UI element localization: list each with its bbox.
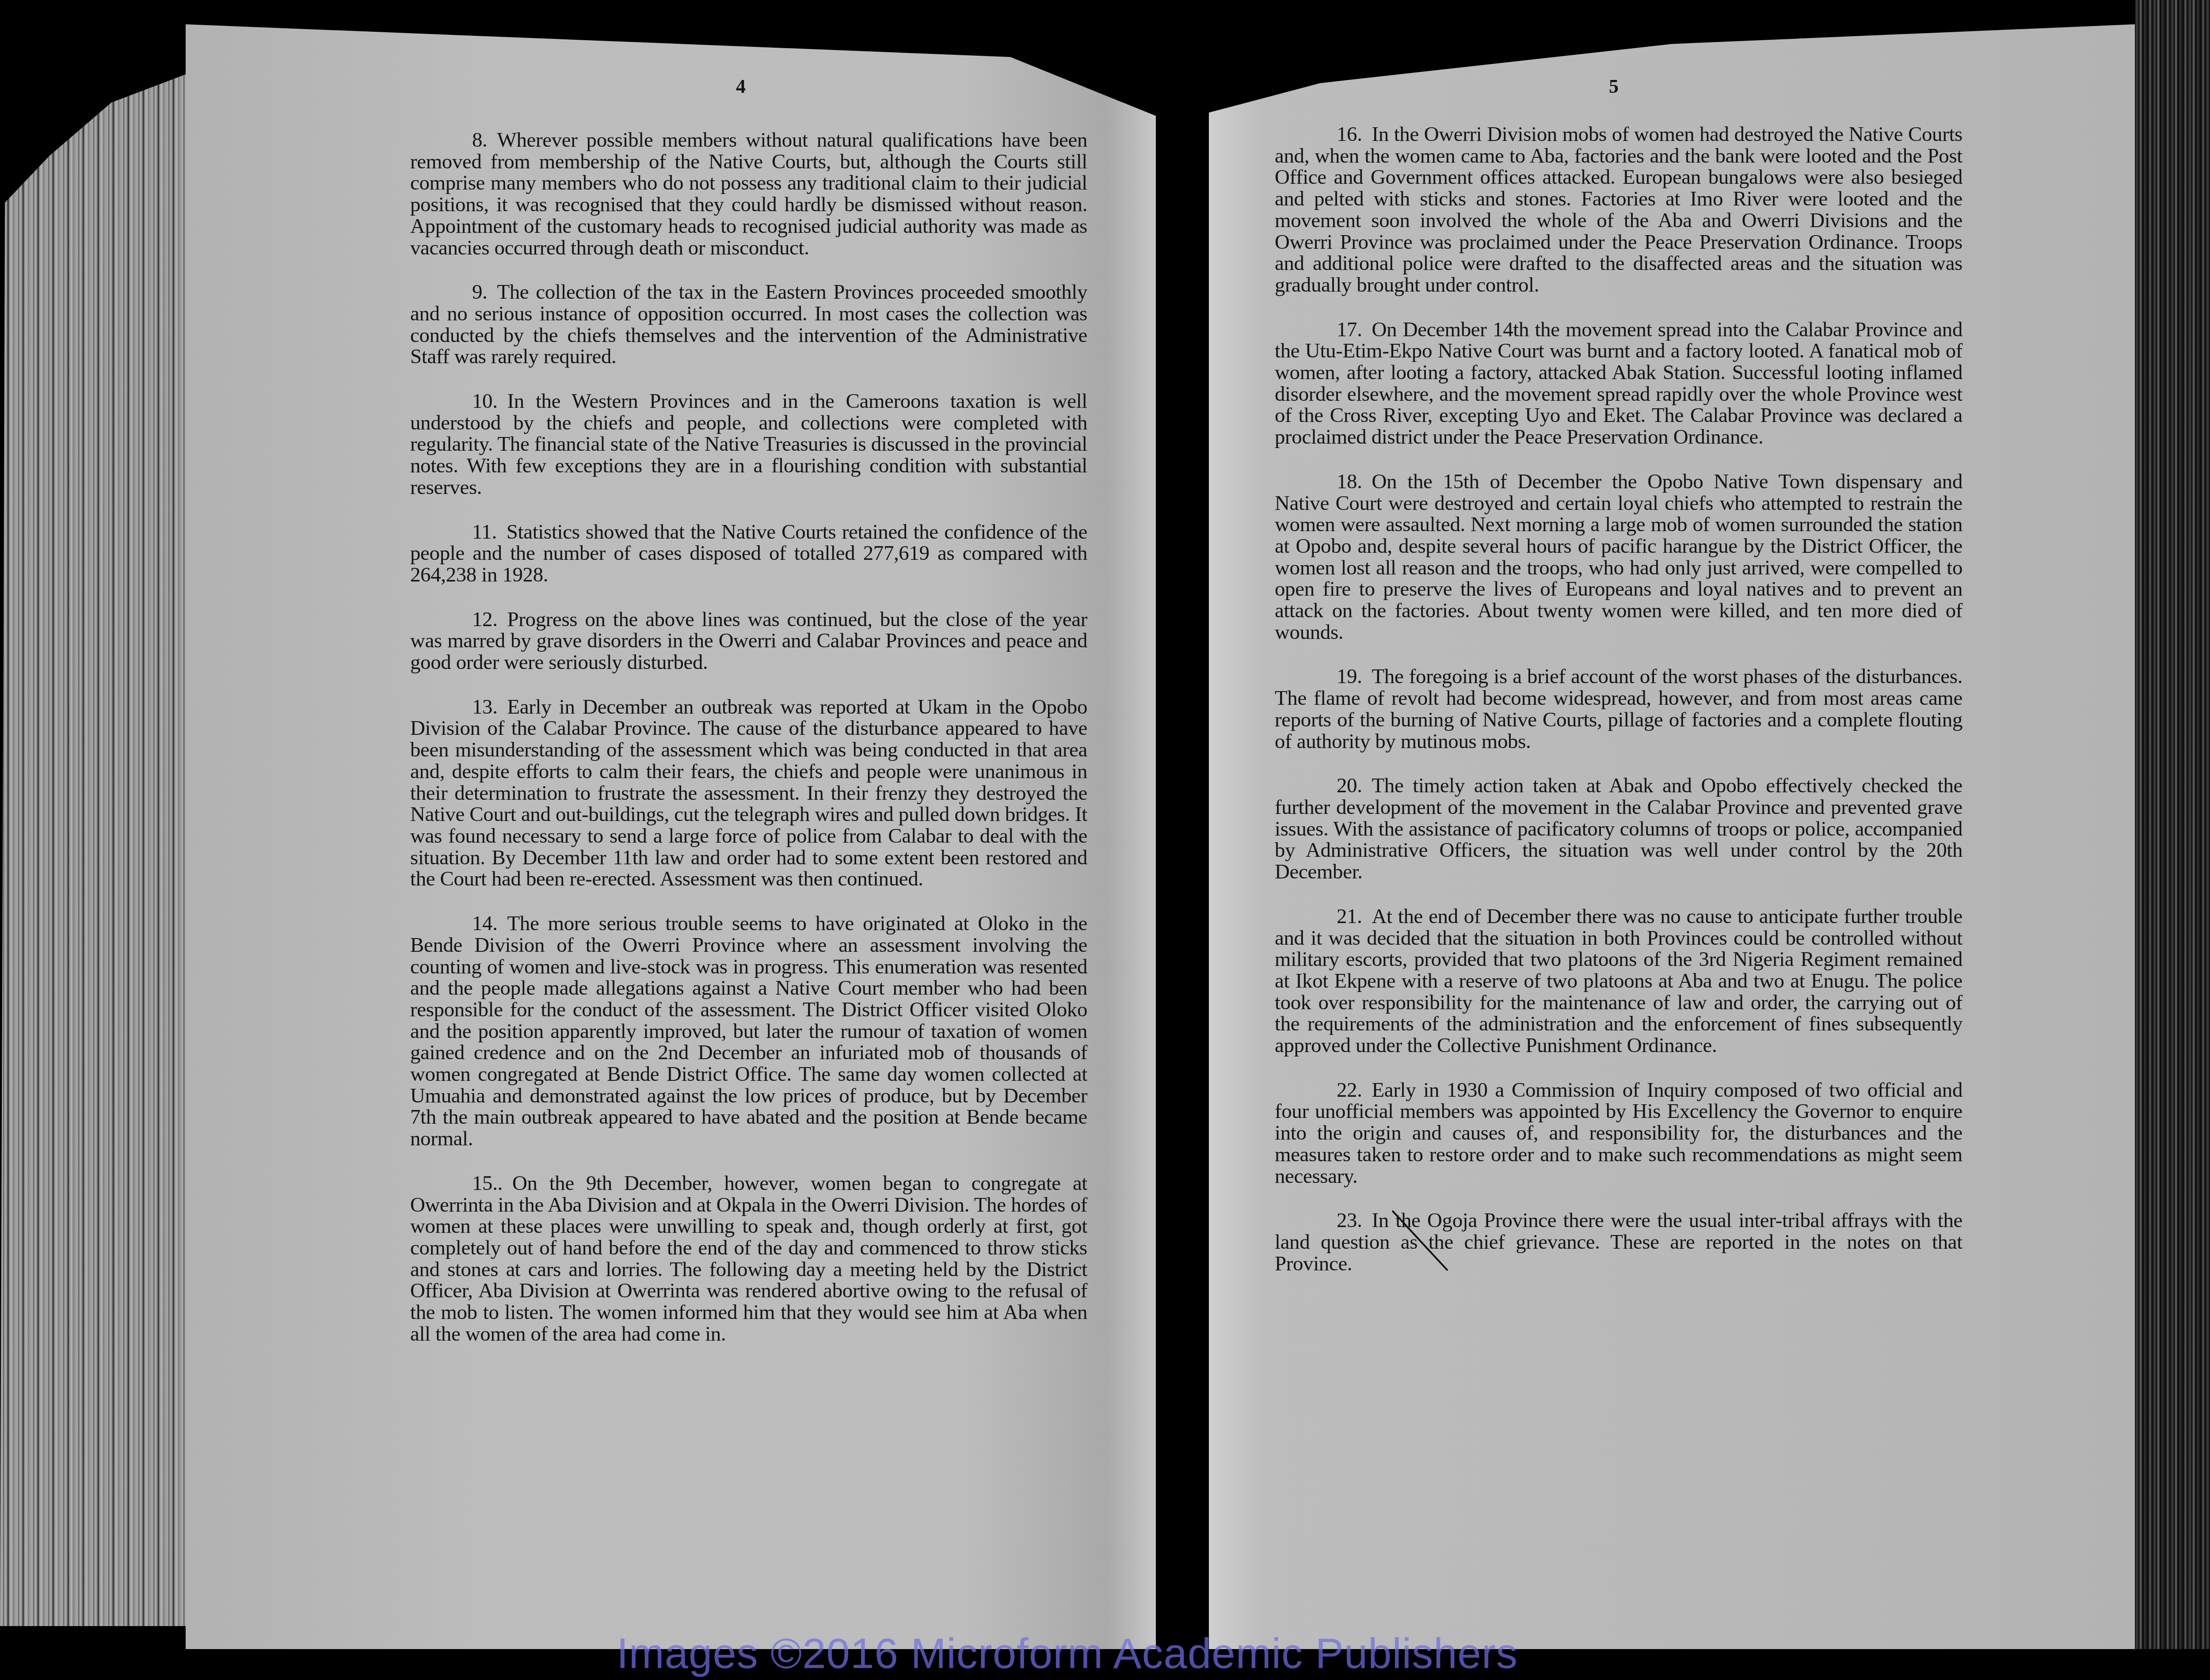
paragraph-text: The timely action taken at Abak and Opob… — [1275, 774, 1962, 883]
paragraph: 21.At the end of December there was no c… — [1275, 906, 1962, 1057]
paragraph: 23.In the Ogoja Province there were the … — [1275, 1210, 1962, 1274]
paragraph: 12.Progress on the above lines was conti… — [410, 609, 1087, 673]
paragraph-text: Progress on the above lines was continue… — [410, 608, 1087, 674]
paragraph-number: 15.. — [472, 1172, 503, 1195]
paragraph-number: 8. — [472, 129, 487, 152]
paragraph: 11.Statistics showed that the Native Cou… — [410, 521, 1087, 586]
paragraph-number: 10. — [472, 390, 498, 413]
paragraph: 14.The more serious trouble seems to hav… — [410, 913, 1087, 1150]
paragraph-text: At the end of December there was no caus… — [1275, 905, 1962, 1057]
paragraph-number: 22. — [1337, 1079, 1362, 1102]
paragraph-text: In the Western Provinces and in the Came… — [410, 390, 1087, 499]
paragraph: 19.The foregoing is a brief account of t… — [1275, 666, 1962, 752]
paragraph-number: 18. — [1337, 470, 1362, 493]
paragraph: 8.Wherever possible members without natu… — [410, 129, 1087, 258]
paragraph-number: 9. — [472, 281, 487, 304]
paragraph: 17.On December 14th the movement spread … — [1275, 319, 1962, 448]
paragraph-text: In the Owerri Division mobs of women had… — [1275, 123, 1962, 296]
paragraph-number: 13. — [472, 696, 498, 718]
paragraph: 15..On the 9th December, however, women … — [410, 1173, 1087, 1345]
paragraph-text: On the 15th of December the Opobo Native… — [1275, 470, 1962, 644]
watermark: Images ©2016 Microform Academic Publishe… — [617, 1630, 1518, 1678]
paragraph: 20.The timely action taken at Abak and O… — [1275, 775, 1962, 883]
paragraph-text: Statistics showed that the Native Courts… — [410, 521, 1087, 586]
paragraph-number: 14. — [472, 912, 498, 935]
paragraph-text: The more serious trouble seems to have o… — [410, 912, 1087, 1150]
paragraph-text: In the Ogoja Province there were the usu… — [1275, 1209, 1962, 1275]
paragraph: 16.In the Owerri Division mobs of women … — [1275, 124, 1962, 296]
paragraph: 9.The collection of the tax in the Easte… — [410, 281, 1087, 368]
right-page-text: 16.In the Owerri Division mobs of women … — [1275, 124, 1962, 1297]
paragraph-text: Wherever possible members without natura… — [410, 129, 1087, 259]
paragraph-number: 20. — [1337, 774, 1362, 797]
paragraph-text: Early in 1930 a Commission of Inquiry co… — [1275, 1079, 1962, 1188]
paragraph: 13.Early in December an outbreak was rep… — [410, 696, 1087, 890]
paragraph-text: Early in December an outbreak was report… — [410, 696, 1087, 891]
paragraph-number: 17. — [1337, 318, 1362, 341]
paragraph-text: On the 9th December, however, women bega… — [410, 1172, 1087, 1346]
paragraph-number: 19. — [1337, 665, 1362, 688]
page-number-right: 5 — [1609, 75, 1619, 98]
paragraph-number: 12. — [472, 608, 498, 631]
page-edges-right — [2135, 0, 2210, 1680]
paragraph: 10.In the Western Provinces and in the C… — [410, 391, 1087, 498]
pen-mark-icon — [1392, 1211, 1450, 1273]
page-number-left: 4 — [736, 75, 746, 98]
paragraph-text: On December 14th the movement spread int… — [1275, 318, 1962, 449]
left-page-text: 8.Wherever possible members without natu… — [410, 129, 1087, 1368]
paragraph-text: The collection of the tax in the Eastern… — [410, 281, 1087, 368]
paragraph-number: 23. — [1337, 1209, 1362, 1232]
paragraph-text: The foregoing is a brief account of the … — [1275, 665, 1962, 753]
book-spine — [1156, 0, 1209, 1680]
paragraph-number: 11. — [472, 521, 497, 544]
paragraph: 22.Early in 1930 a Commission of Inquiry… — [1275, 1079, 1962, 1187]
paragraph-number: 21. — [1337, 905, 1362, 928]
paragraph: 18.On the 15th of December the Opobo Nat… — [1275, 471, 1962, 643]
paragraph-number: 16. — [1337, 123, 1362, 146]
